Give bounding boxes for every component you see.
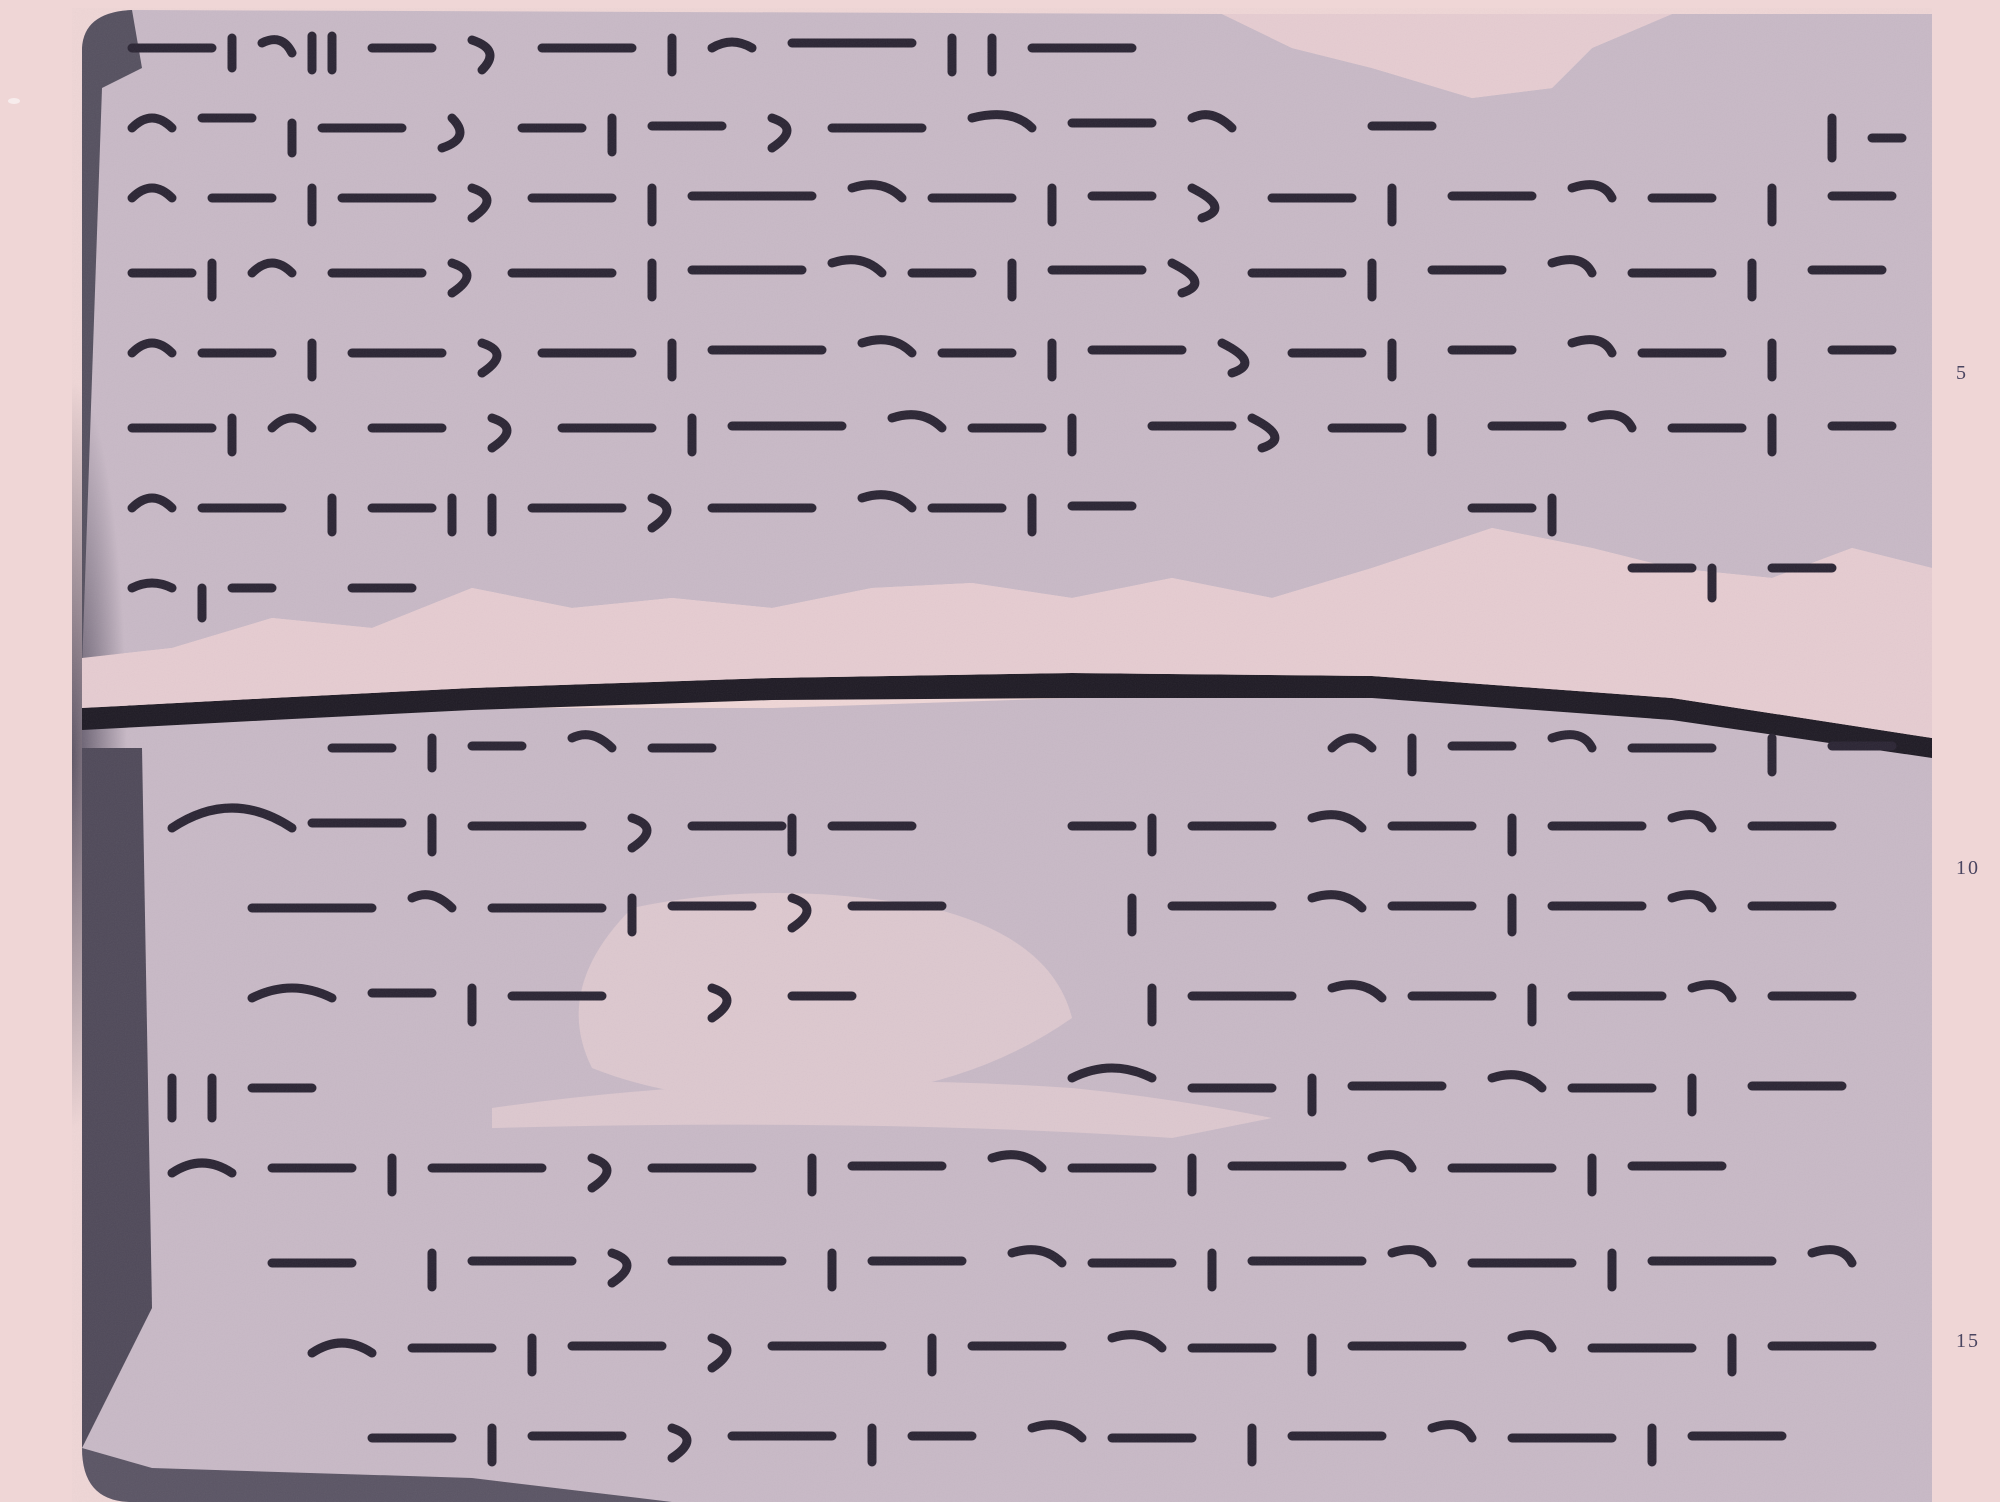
papyrus-image [72, 8, 1932, 1502]
dust-speck [8, 98, 20, 104]
line-number-15: 15 [1956, 1330, 1980, 1353]
papyrus-plate [72, 8, 1932, 1502]
line-number-10: 10 [1956, 857, 1980, 880]
line-number-5: 5 [1956, 362, 1968, 385]
